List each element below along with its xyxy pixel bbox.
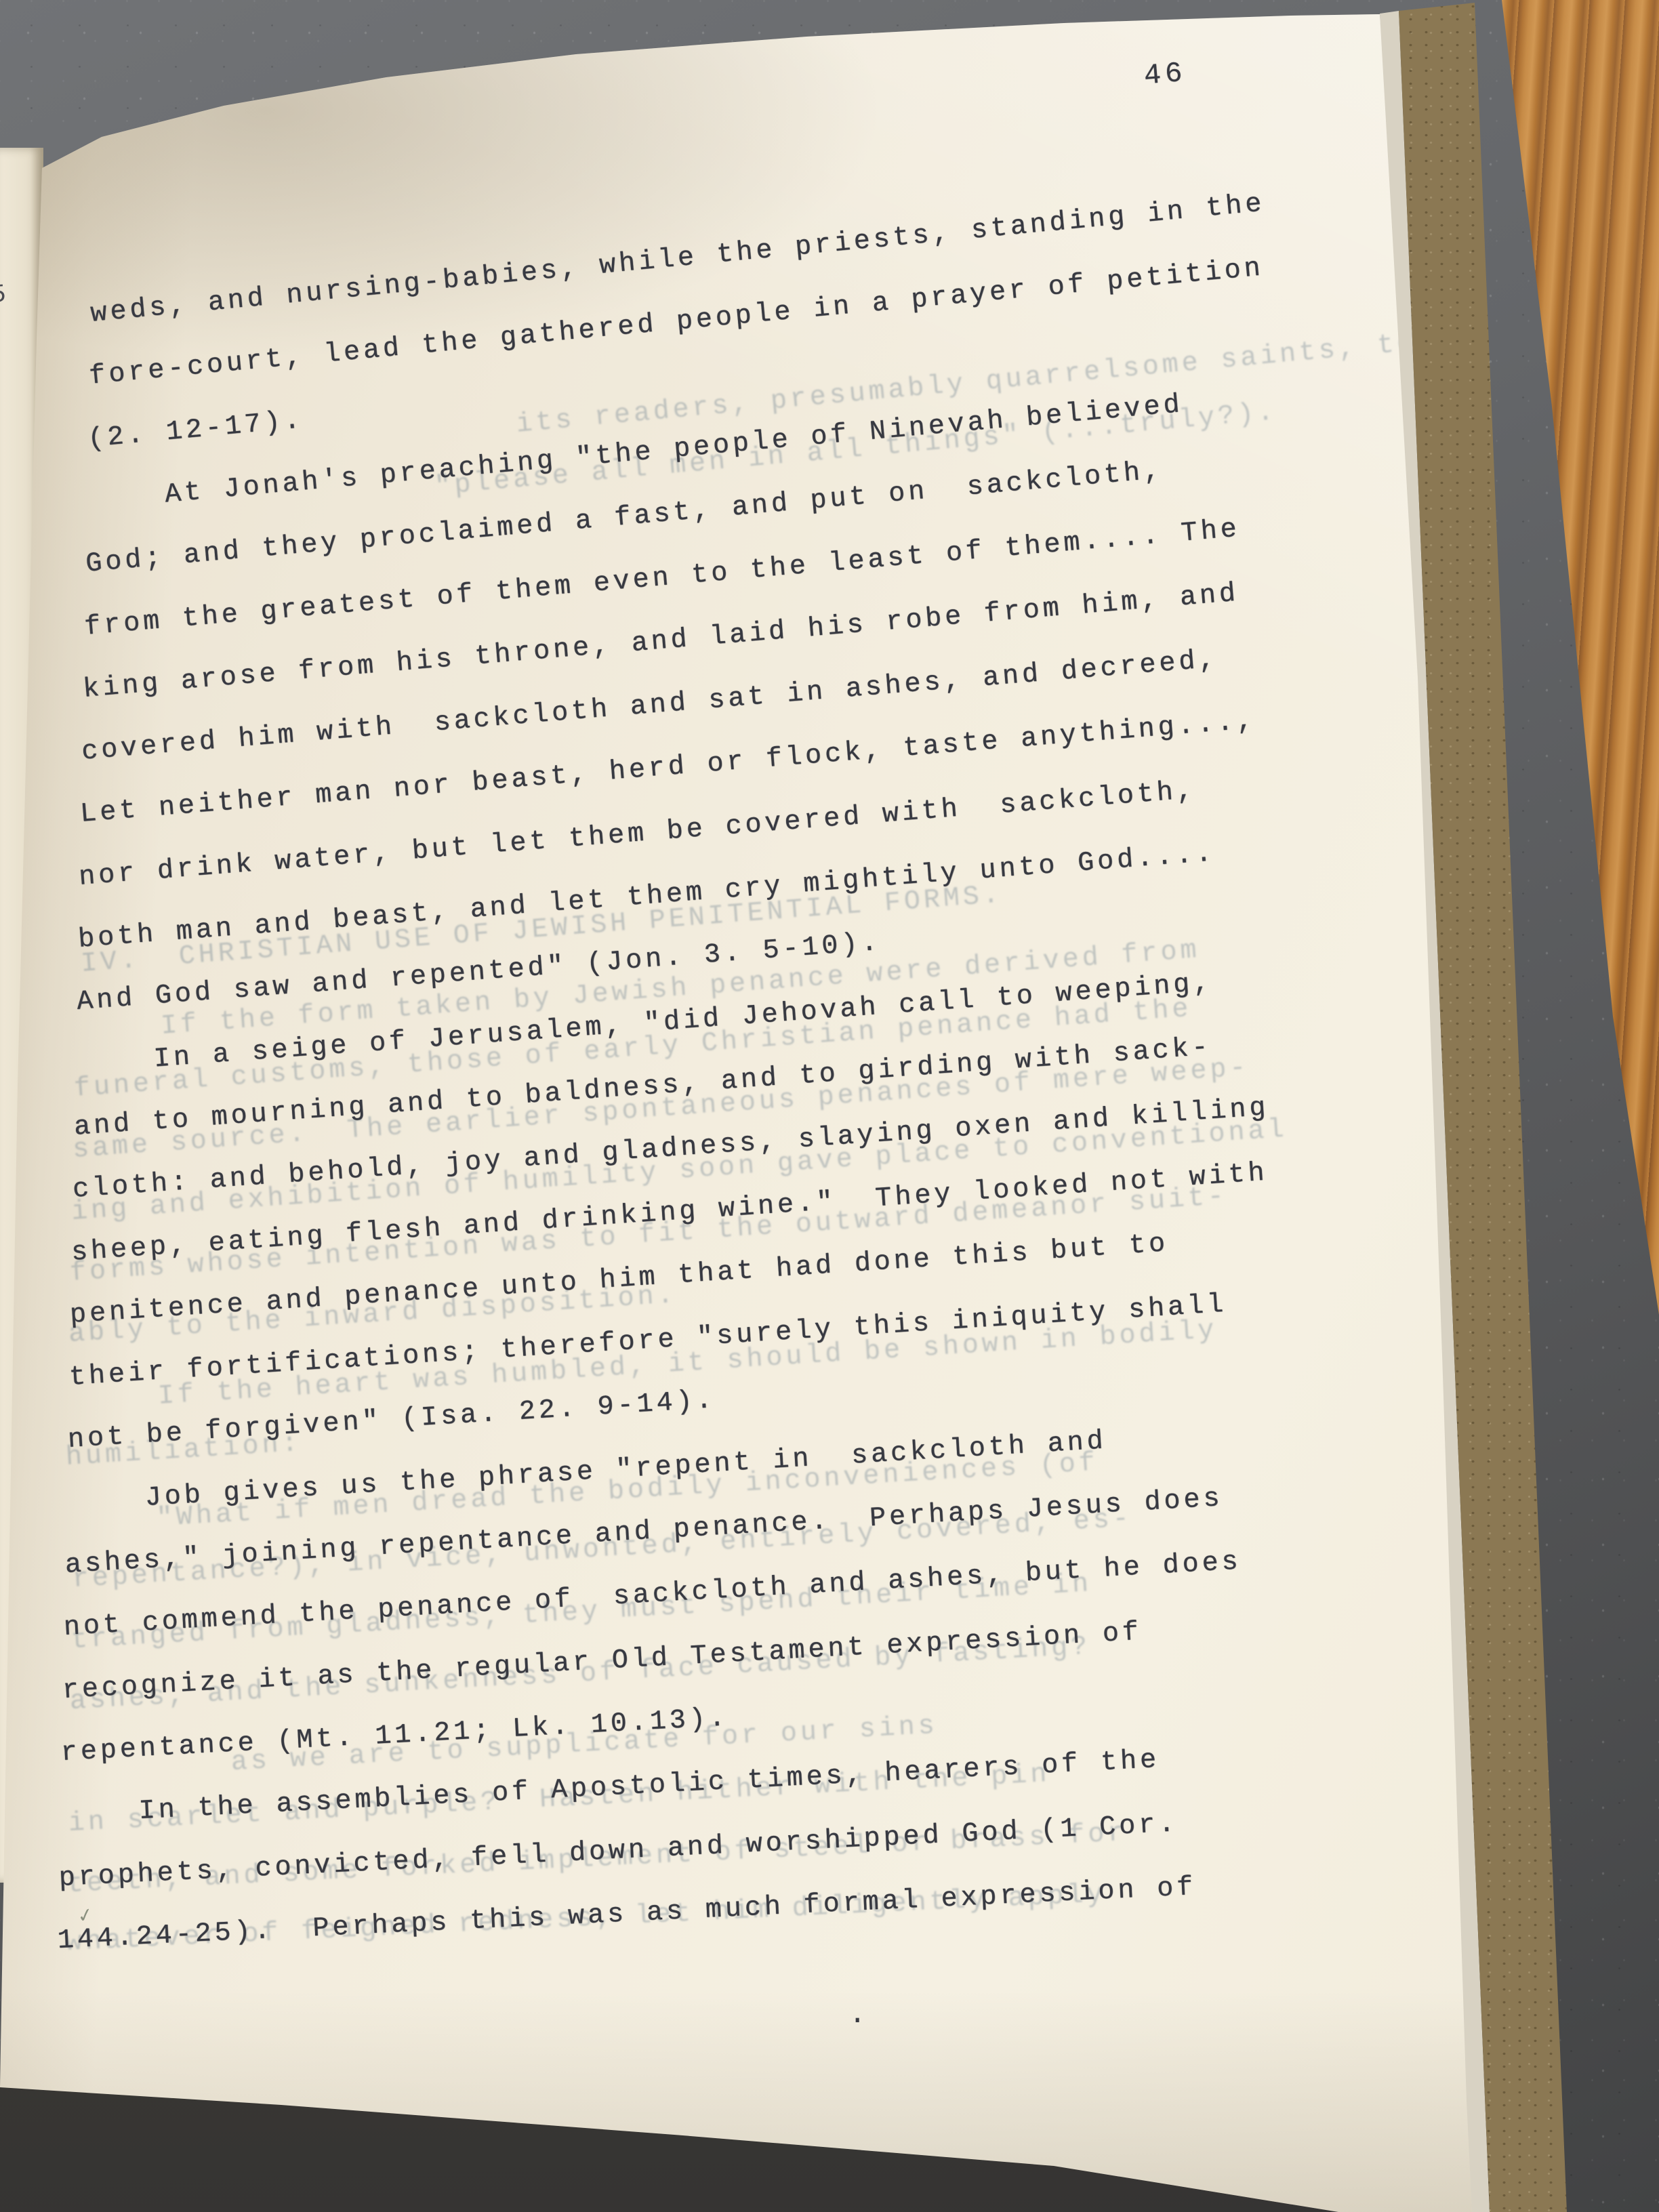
underlying-page-number-fragment: 5 — [0, 280, 9, 310]
stray-period-mark: . — [848, 1998, 866, 2032]
photo-of-typewritten-page: 5 46 its readers, presumably quarrelsome… — [0, 0, 1659, 2212]
page-number: 46 — [1143, 57, 1187, 93]
